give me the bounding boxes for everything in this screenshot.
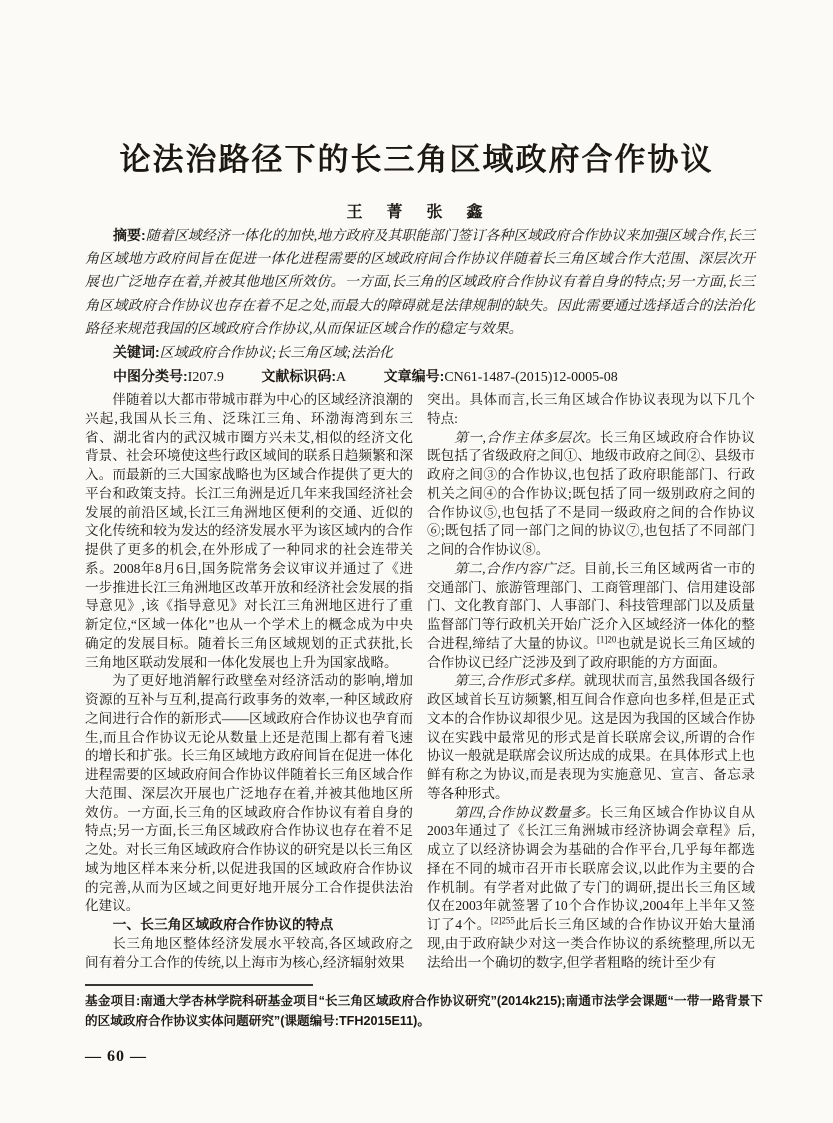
- abstract-label: 摘要:: [113, 227, 146, 243]
- footnote-label: 基金项目:: [85, 994, 140, 1008]
- article-id-label: 文章编号:: [384, 368, 445, 384]
- article-title: 论法治路径下的长三角区域政府合作协议: [0, 134, 833, 179]
- paragraph-lead: 第四,合作协议数量多。: [454, 805, 600, 820]
- footnote-text: 南通大学杏林学院科研基金项目“长三角区域政府合作协议研究”(2014k215);…: [85, 994, 763, 1028]
- abstract-block: 摘要:随着区域经济一体化的加快,地方政府及其职能部门签订各种区域政府合作协议来加…: [85, 224, 755, 341]
- clc-label: 中图分类号:: [113, 368, 188, 384]
- clc-value: I207.9: [188, 370, 224, 385]
- paragraph: 第三,合作形式多样。就现状而言,虽然我国各级行政区域首长互访频繁,相互间合作意向…: [427, 672, 755, 803]
- footnote-block: 基金项目:南通大学杏林学院科研基金项目“长三角区域政府合作协议研究”(2014k…: [85, 984, 763, 1031]
- paragraph: 第一,合作主体多层次。长三角区域政府合作协议既包括了省级政府之间①、地级市政府之…: [427, 429, 755, 560]
- paragraph: 第四,合作协议数量多。长三角区域合作协议自从2003年通过了《长江三角洲城市经济…: [427, 804, 755, 973]
- paragraph-lead: 第三,合作形式多样。: [454, 673, 584, 688]
- paragraph-text: 长三角区域政府合作协议既包括了省级政府之间①、地级市政府之间②、县级市政府之间③…: [427, 430, 755, 558]
- citation-ref: [2]255: [491, 915, 515, 925]
- article-id-value: CN61-1487-(2015)12-0005-08: [444, 370, 617, 385]
- left-column: 伴随着以大都市带城市群为中心的区域经济浪潮的兴起,我国从长三角、泛珠江三角、环渤…: [85, 391, 413, 987]
- section-heading: 一、长三角区域政府合作协议的特点: [85, 916, 413, 935]
- footnote-text-block: 基金项目:南通大学杏林学院科研基金项目“长三角区域政府合作协议研究”(2014k…: [85, 992, 763, 1031]
- pubinfo-row: 中图分类号:I207.9 文献标识码:A 文章编号:CN61-1487-(201…: [85, 365, 755, 389]
- paragraph: 长三角地区整体经济发展水平较高,各区域政府之间有着分工合作的传统,以上海市为核心…: [85, 935, 413, 973]
- article-id-pair: 文章编号:CN61-1487-(2015)12-0005-08: [384, 370, 618, 385]
- paragraph-lead: 第二,合作内容广泛。: [454, 561, 584, 576]
- right-column: 突出。具体而言,长三角区域合作协议表现为以下几个特点: 第一,合作主体多层次。长…: [427, 391, 755, 987]
- paper-page: 论法治路径下的长三角区域政府合作协议 王 菁 张 鑫 摘要:随着区域经济一体化的…: [0, 0, 833, 1123]
- doc-code-label: 文献标识码:: [261, 368, 336, 384]
- paragraph-text: 长三角区域合作协议自从2003年通过了《长江三角洲城市经济协调会章程》后,成立了…: [427, 805, 755, 933]
- doc-code-pair: 文献标识码:A: [261, 370, 346, 385]
- abstract-text: 随着区域经济一体化的加快,地方政府及其职能部门签订各种区域政府合作协议来加强区域…: [85, 229, 755, 337]
- keywords-text: 区域政府合作协议;长三角区域;法治化: [160, 346, 393, 361]
- article-authors: 王 菁 张 鑫: [0, 199, 833, 222]
- paragraph: 第二,合作内容广泛。目前,长三角区域两省一市的交通部门、旅游管理部门、工商管理部…: [427, 560, 755, 673]
- article-meta: 摘要:随着区域经济一体化的加快,地方政府及其职能部门签订各种区域政府合作协议来加…: [85, 224, 755, 389]
- page-number: — 60 —: [85, 1048, 147, 1066]
- paragraph: 伴随着以大都市带城市群为中心的区域经济浪潮的兴起,我国从长三角、泛珠江三角、环渤…: [85, 391, 413, 672]
- paragraph-lead: 第一,合作主体多层次。: [454, 430, 600, 445]
- keywords-block: 关键词:区域政府合作协议;长三角区域;法治化: [85, 341, 755, 365]
- body-columns: 伴随着以大都市带城市群为中心的区域经济浪潮的兴起,我国从长三角、泛珠江三角、环渤…: [85, 391, 755, 987]
- footnote-rule: [85, 984, 313, 986]
- paragraph: 为了更好地消解行政壁垒对经济活动的影响,增加资源的互补与互利,提高行政事务的效率…: [85, 672, 413, 916]
- keywords-label: 关键词:: [113, 344, 160, 360]
- clc-pair: 中图分类号:I207.9: [113, 370, 224, 385]
- paragraph-continuation: 突出。具体而言,长三角区域合作协议表现为以下几个特点:: [427, 391, 755, 429]
- paragraph-text: 就现状而言,虽然我国各级行政区域首长互访频繁,相互间合作意向也多样,但是正式文本…: [427, 673, 755, 801]
- citation-ref: [1]20: [597, 634, 617, 644]
- doc-code-value: A: [336, 370, 346, 385]
